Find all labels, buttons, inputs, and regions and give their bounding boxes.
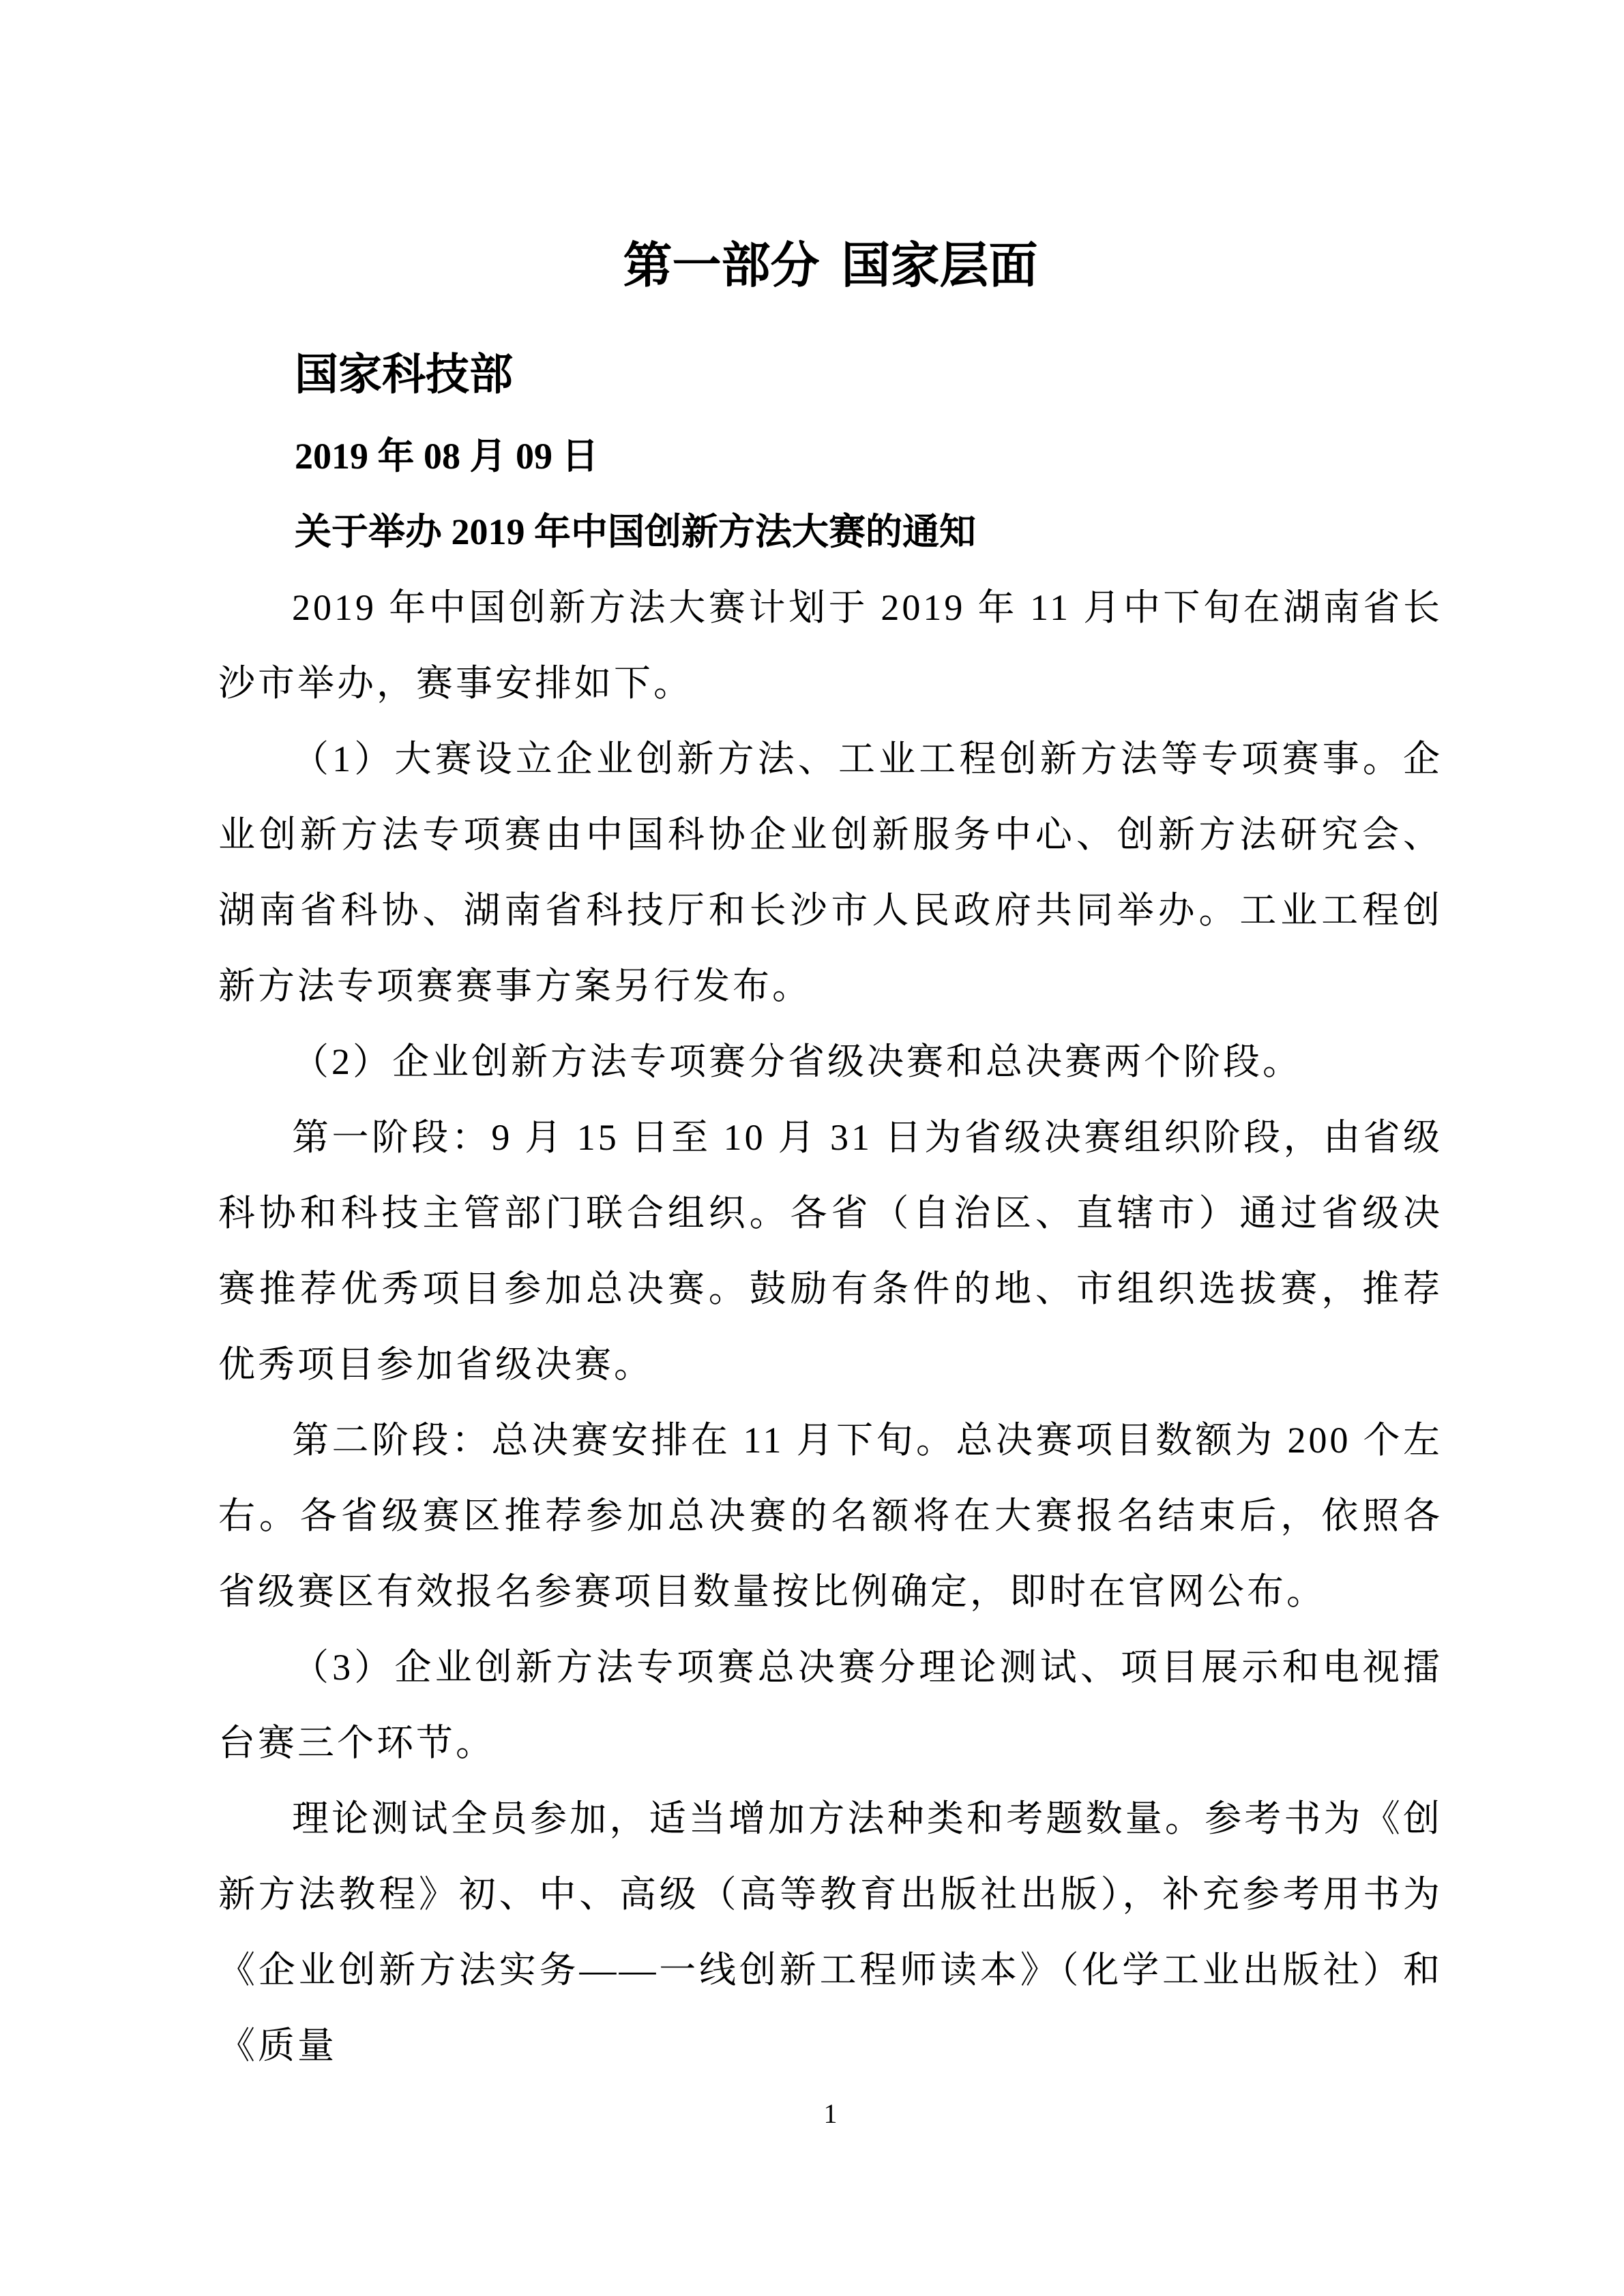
paragraph-stage-1: 第一阶段：9 月 15 日至 10 月 31 日为省级决赛组织阶段，由省级科协和… [218, 1100, 1443, 1403]
paragraph-item-1: （1）大赛设立企业创新方法、工业工程创新方法等专项赛事。企业创新方法专项赛由中国… [218, 721, 1443, 1024]
paragraph-item-2: （2）企业创新方法专项赛分省级决赛和总决赛两个阶段。 [218, 1024, 1443, 1100]
paragraph-theory-test: 理论测试全员参加，适当增加方法种类和考题数量。参考书为《创新方法教程》初、中、高… [218, 1781, 1443, 2084]
date-heading: 2019 年 08 月 09 日 [295, 419, 1443, 494]
paragraph-item-3: （3）企业创新方法专项赛总决赛分理论测试、项目展示和电视擂台赛三个环节。 [218, 1630, 1443, 1781]
part-title: 第一部分 国家层面 [218, 232, 1443, 300]
agency-heading: 国家科技部 [295, 337, 1443, 413]
paragraph-intro: 2019 年中国创新方法大赛计划于 2019 年 11 月中下旬在湖南省长沙市举… [218, 570, 1443, 721]
document-page: 第一部分 国家层面 国家科技部 2019 年 08 月 09 日 关于举办 20… [0, 0, 1624, 2296]
page-number: 1 [218, 2099, 1443, 2129]
notice-title: 关于举办 2019 年中国创新方法大赛的通知 [295, 494, 1443, 570]
paragraph-stage-2: 第二阶段：总决赛安排在 11 月下旬。总决赛项目数额为 200 个左右。各省级赛… [218, 1403, 1443, 1630]
